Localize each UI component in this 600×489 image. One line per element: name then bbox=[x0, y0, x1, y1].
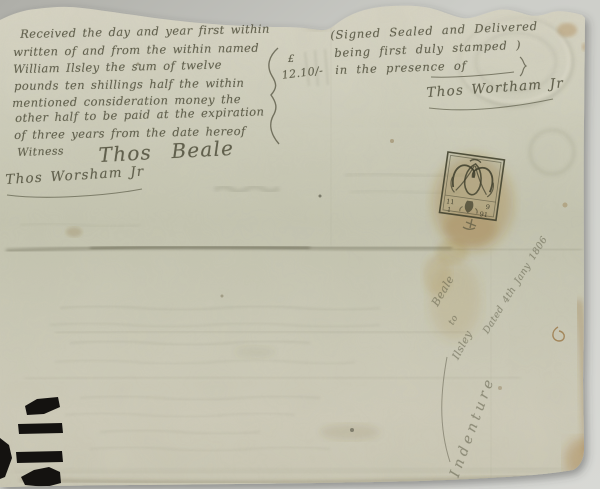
photographed-parchment-document: 11 9 1 91 Received the day and year firs… bbox=[0, 0, 600, 489]
amount-currency: £ bbox=[288, 54, 295, 65]
witness-label: Witness bbox=[17, 144, 64, 159]
stamp-value-row2-right: 91 bbox=[479, 210, 488, 219]
revenue-stamp: 11 9 1 91 bbox=[440, 152, 505, 220]
